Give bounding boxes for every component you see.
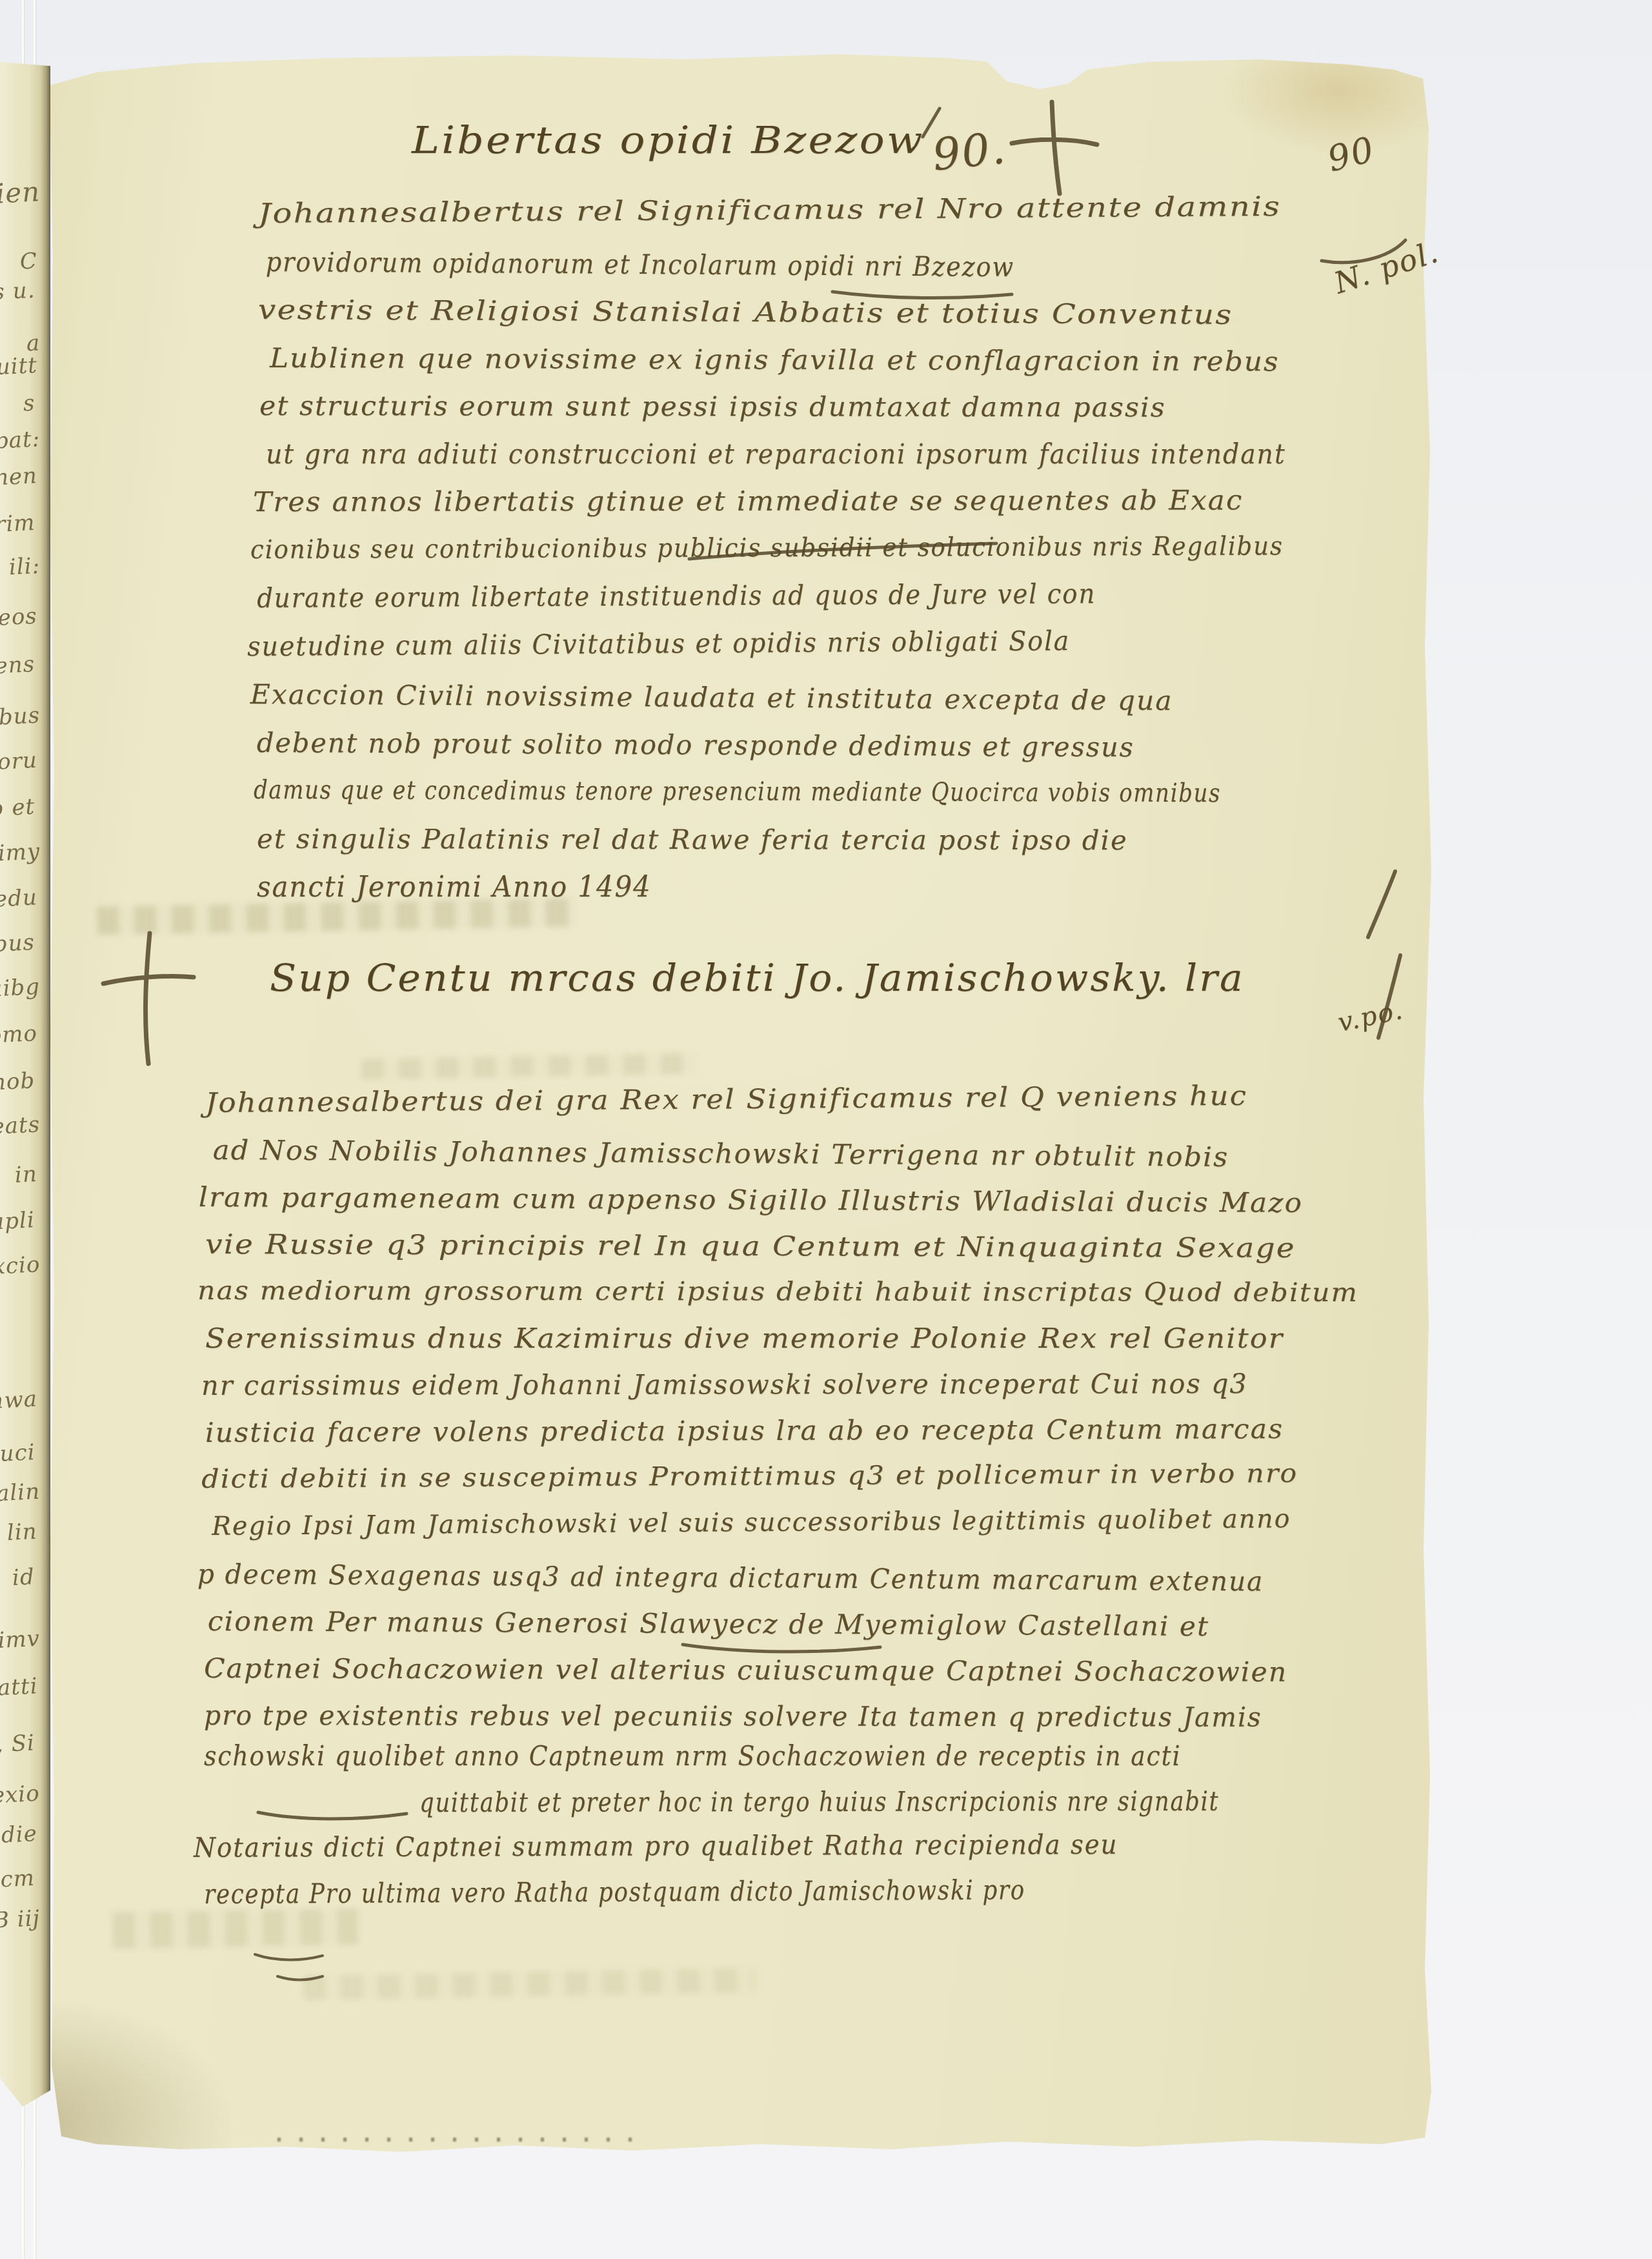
entry1-margin-note: N. pol. — [1331, 236, 1442, 298]
manuscript-line: Captnei Sochaczowien vel alterius cuiusc… — [204, 1655, 1288, 1686]
manuscript-line: dicti debiti in se suscepimus Promittimu… — [201, 1461, 1298, 1492]
manuscript-line: Serenissimus dnus Kazimirus dive memorie… — [205, 1325, 1284, 1352]
manuscript-line: Johannesalbertus dei gra Rex rel Signifi… — [205, 1082, 1247, 1117]
manuscript-line: vie Russie q3 principis rel In qua Centu… — [205, 1231, 1296, 1262]
entry2-heading: Sup Centu mrcas debiti Jo. Jamischowsky.… — [270, 959, 1245, 997]
manuscript-line: recepta Pro ultima vero Ratha postquam d… — [204, 1876, 1025, 1908]
folio-number-corner: 90 — [1324, 132, 1378, 177]
manuscript-line: ad Nos Nobilis Johannes Jamisschowski Te… — [213, 1137, 1229, 1171]
entry1-heading: Libertas opidi Bzezow — [412, 121, 925, 159]
manuscript-line: vestris et Religiosi Stanislai Abbatis e… — [258, 296, 1233, 329]
manuscript-line: iusticia facere volens predicta ipsius l… — [205, 1415, 1284, 1446]
manuscript-line: Tres annos libertatis gtinue et immediat… — [253, 487, 1243, 516]
manuscript-line: nr carissimus eidem Johanni Jamissowski … — [201, 1370, 1248, 1399]
manuscript-line: cionibus seu contribucionibus publicis s… — [250, 533, 1284, 563]
manuscript-line: nas mediorum grossorum certi ipsius debi… — [197, 1278, 1358, 1306]
manuscript-line: p decem Sexagenas usq3 ad integra dictar… — [197, 1561, 1264, 1595]
manuscript-line: et singulis Palatinis rel dat Rawe feria… — [257, 826, 1128, 854]
entry2-margin-note: v.po. — [1336, 997, 1405, 1036]
manuscript-line: pro tpe existentis rebus vel pecuniis so… — [204, 1702, 1262, 1731]
manuscript-line: quittabit et preter hoc in tergo huius I… — [419, 1788, 1219, 1816]
manuscript-line: Johannesalbertus rel Significamus rel Nr… — [258, 193, 1281, 227]
manuscript-line: ut gra nra adiuti construccioni et repar… — [266, 441, 1286, 468]
manuscript-line: providorum opidanorum et Incolarum opidi… — [266, 248, 1014, 281]
manuscript-line: Notarius dicti Captnei summam pro qualib… — [194, 1831, 1118, 1861]
ink-layer: Libertas opidi Bzezow 90. 90 N. pol. Sup… — [0, 0, 1652, 2259]
manuscript-line: debent nob prout solito modo responde de… — [257, 729, 1134, 761]
manuscript-line: Exaccion Civili novissime laudata et ins… — [250, 681, 1173, 714]
manuscript-line: Regio Ipsi Jam Jamischowski vel suis suc… — [212, 1506, 1291, 1539]
manuscript-line: schowski quolibet anno Captneum nrm Soch… — [204, 1743, 1181, 1770]
manuscript-line: damus que et concedimus tenore presenciu… — [254, 777, 1221, 806]
manuscript-line: durante eorum libertate instituendis ad … — [257, 580, 1096, 612]
manuscript-line: et structuris eorum sunt pessi ipsis dum… — [259, 392, 1166, 421]
manuscript-line: suetudine cum aliis Civitatibus et opidi… — [247, 627, 1070, 660]
folio-number-inline: 90. — [931, 127, 1009, 178]
manuscript-line: sancti Jeronimi Anno 1494 — [257, 873, 652, 902]
manuscript-line: cionem Per manus Generosi Slawyecz de My… — [208, 1608, 1210, 1640]
manuscript-line: lram pargameneam cum appenso Sigillo Ill… — [199, 1184, 1304, 1217]
manuscript-scan: olienCos u.aiuittspat:panenerimili:rameo… — [0, 0, 1652, 2259]
manuscript-line: Lublinen que novissime ex ignis favilla … — [270, 345, 1280, 375]
